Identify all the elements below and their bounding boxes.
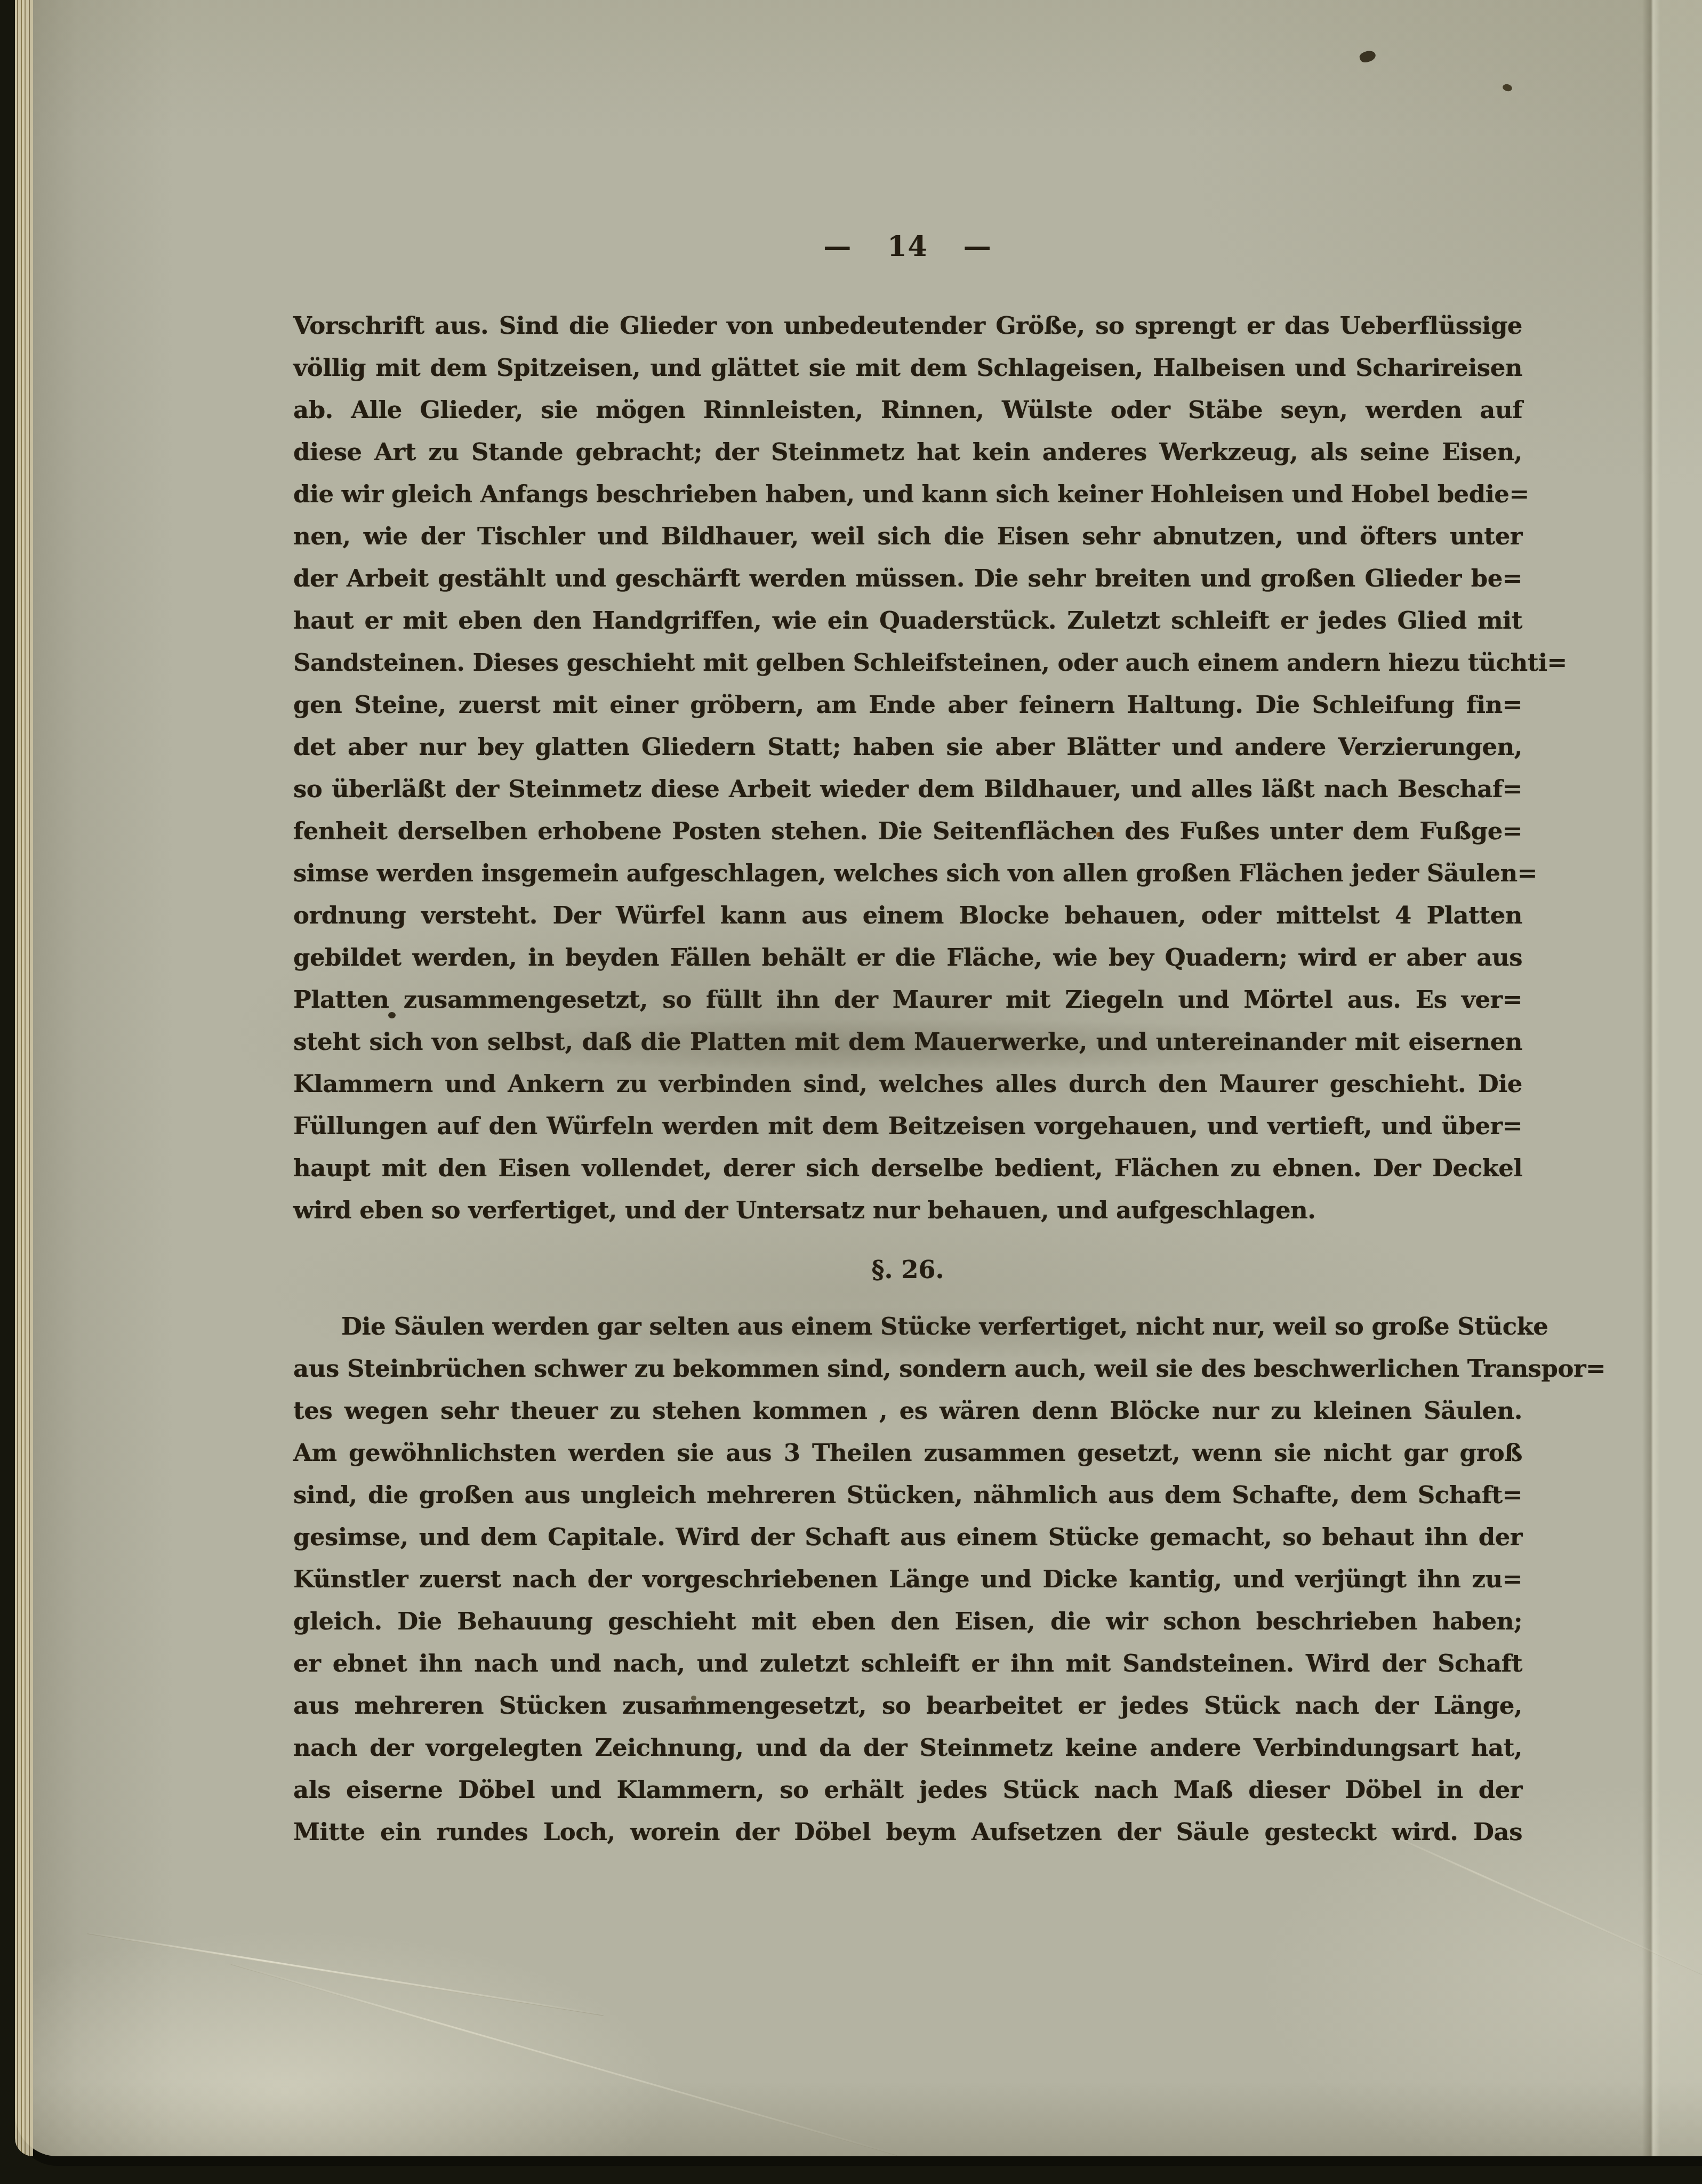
text-line: gesimse, und dem Capitale. Wird der Scha… bbox=[293, 1516, 1522, 1558]
text-line: völlig mit dem Spitzeisen, und glättet s… bbox=[293, 347, 1522, 389]
text-line: er ebnet ihn nach und nach, und zuletzt … bbox=[293, 1642, 1522, 1684]
text-line: tes wegen sehr theuer zu stehen kommen ,… bbox=[293, 1390, 1522, 1432]
text-line: nen, wie der Tischler und Bildhauer, wei… bbox=[293, 515, 1522, 557]
text-line: Künstler zuerst nach der vorgeschriebene… bbox=[293, 1558, 1522, 1600]
text-line: die wir gleich Anfangs beschrieben haben… bbox=[293, 473, 1522, 515]
text-line: gleich. Die Behauung geschieht mit eben … bbox=[293, 1600, 1522, 1642]
text-line: nach der vorgelegten Zeichnung, und da d… bbox=[293, 1727, 1522, 1769]
text-line: ordnung versteht. Der Würfel kann aus ei… bbox=[293, 894, 1522, 936]
text-line: Vorschrift aus. Sind die Glieder von unb… bbox=[293, 304, 1522, 347]
page-header: — 14 — bbox=[293, 218, 1522, 276]
text-line: fenheit derselben erhobene Posten stehen… bbox=[293, 810, 1522, 852]
text-line: sind, die großen aus ungleich mehreren S… bbox=[293, 1474, 1522, 1516]
book-page: — 14 — Vorschrift aus. Sind die Glieder … bbox=[15, 0, 1702, 2156]
text-line: gebildet werden, in beyden Fällen behält… bbox=[293, 936, 1522, 978]
stacked-page-edges bbox=[15, 0, 33, 2156]
text-line: Mitte ein rundes Loch, worein der Döbel … bbox=[293, 1811, 1522, 1853]
text-line: steht sich von selbst, daß die Platten m… bbox=[293, 1021, 1522, 1063]
text-line: wird eben so verfertiget, und der Unters… bbox=[293, 1189, 1522, 1231]
text-line: aus Steinbrüchen schwer zu bekommen sind… bbox=[293, 1347, 1522, 1390]
text-line: Klammern und Ankern zu verbinden sind, w… bbox=[293, 1063, 1522, 1105]
text-line: det aber nur bey glatten Gliedern Statt;… bbox=[293, 726, 1522, 768]
text-line: Am gewöhnlichsten werden sie aus 3 Theil… bbox=[293, 1432, 1522, 1474]
paper-fold-highlight bbox=[1652, 0, 1702, 2156]
header-dash-right: — bbox=[964, 230, 992, 263]
text-line: Platten zusammengesetzt, so füllt ihn de… bbox=[293, 978, 1522, 1021]
text-line: haupt mit den Eisen vollendet, derer sic… bbox=[293, 1147, 1522, 1189]
text-line: Die Säulen werden gar selten aus einem S… bbox=[293, 1305, 1522, 1347]
text-line: haut er mit eben den Handgriffen, wie ei… bbox=[293, 599, 1522, 641]
paper-crease-line bbox=[231, 1963, 898, 2156]
page-number: 14 bbox=[887, 230, 928, 263]
text-line: diese Art zu Stande gebracht; der Steinm… bbox=[293, 431, 1522, 473]
text-line: gen Steine, zuerst mit einer gröbern, am… bbox=[293, 684, 1522, 726]
text-line: der Arbeit gestählt und geschärft werden… bbox=[293, 557, 1522, 599]
text-block: Vorschrift aus. Sind die Glieder von unb… bbox=[293, 304, 1522, 1853]
paper-crease-line bbox=[87, 1932, 604, 2016]
header-dash-left: — bbox=[823, 230, 852, 263]
ink-speck bbox=[1358, 49, 1377, 64]
ink-speck bbox=[1502, 83, 1513, 92]
text-line: ab. Alle Glieder, sie mögen Rinnleisten,… bbox=[293, 389, 1522, 431]
text-line: so überläßt der Steinmetz diese Arbeit w… bbox=[293, 768, 1522, 810]
text-line: Sandsteinen. Dieses geschieht mit gelben… bbox=[293, 641, 1522, 684]
text-line: Füllungen auf den Würfeln werden mit dem… bbox=[293, 1105, 1522, 1147]
section-heading: §. 26. bbox=[293, 1245, 1522, 1294]
text-line: als eiserne Döbel und Klammern, so erhäl… bbox=[293, 1769, 1522, 1811]
text-line: simse werden insgemein aufgeschlagen, we… bbox=[293, 852, 1522, 894]
text-line: aus mehreren Stücken zusammengesetzt, so… bbox=[293, 1684, 1522, 1727]
